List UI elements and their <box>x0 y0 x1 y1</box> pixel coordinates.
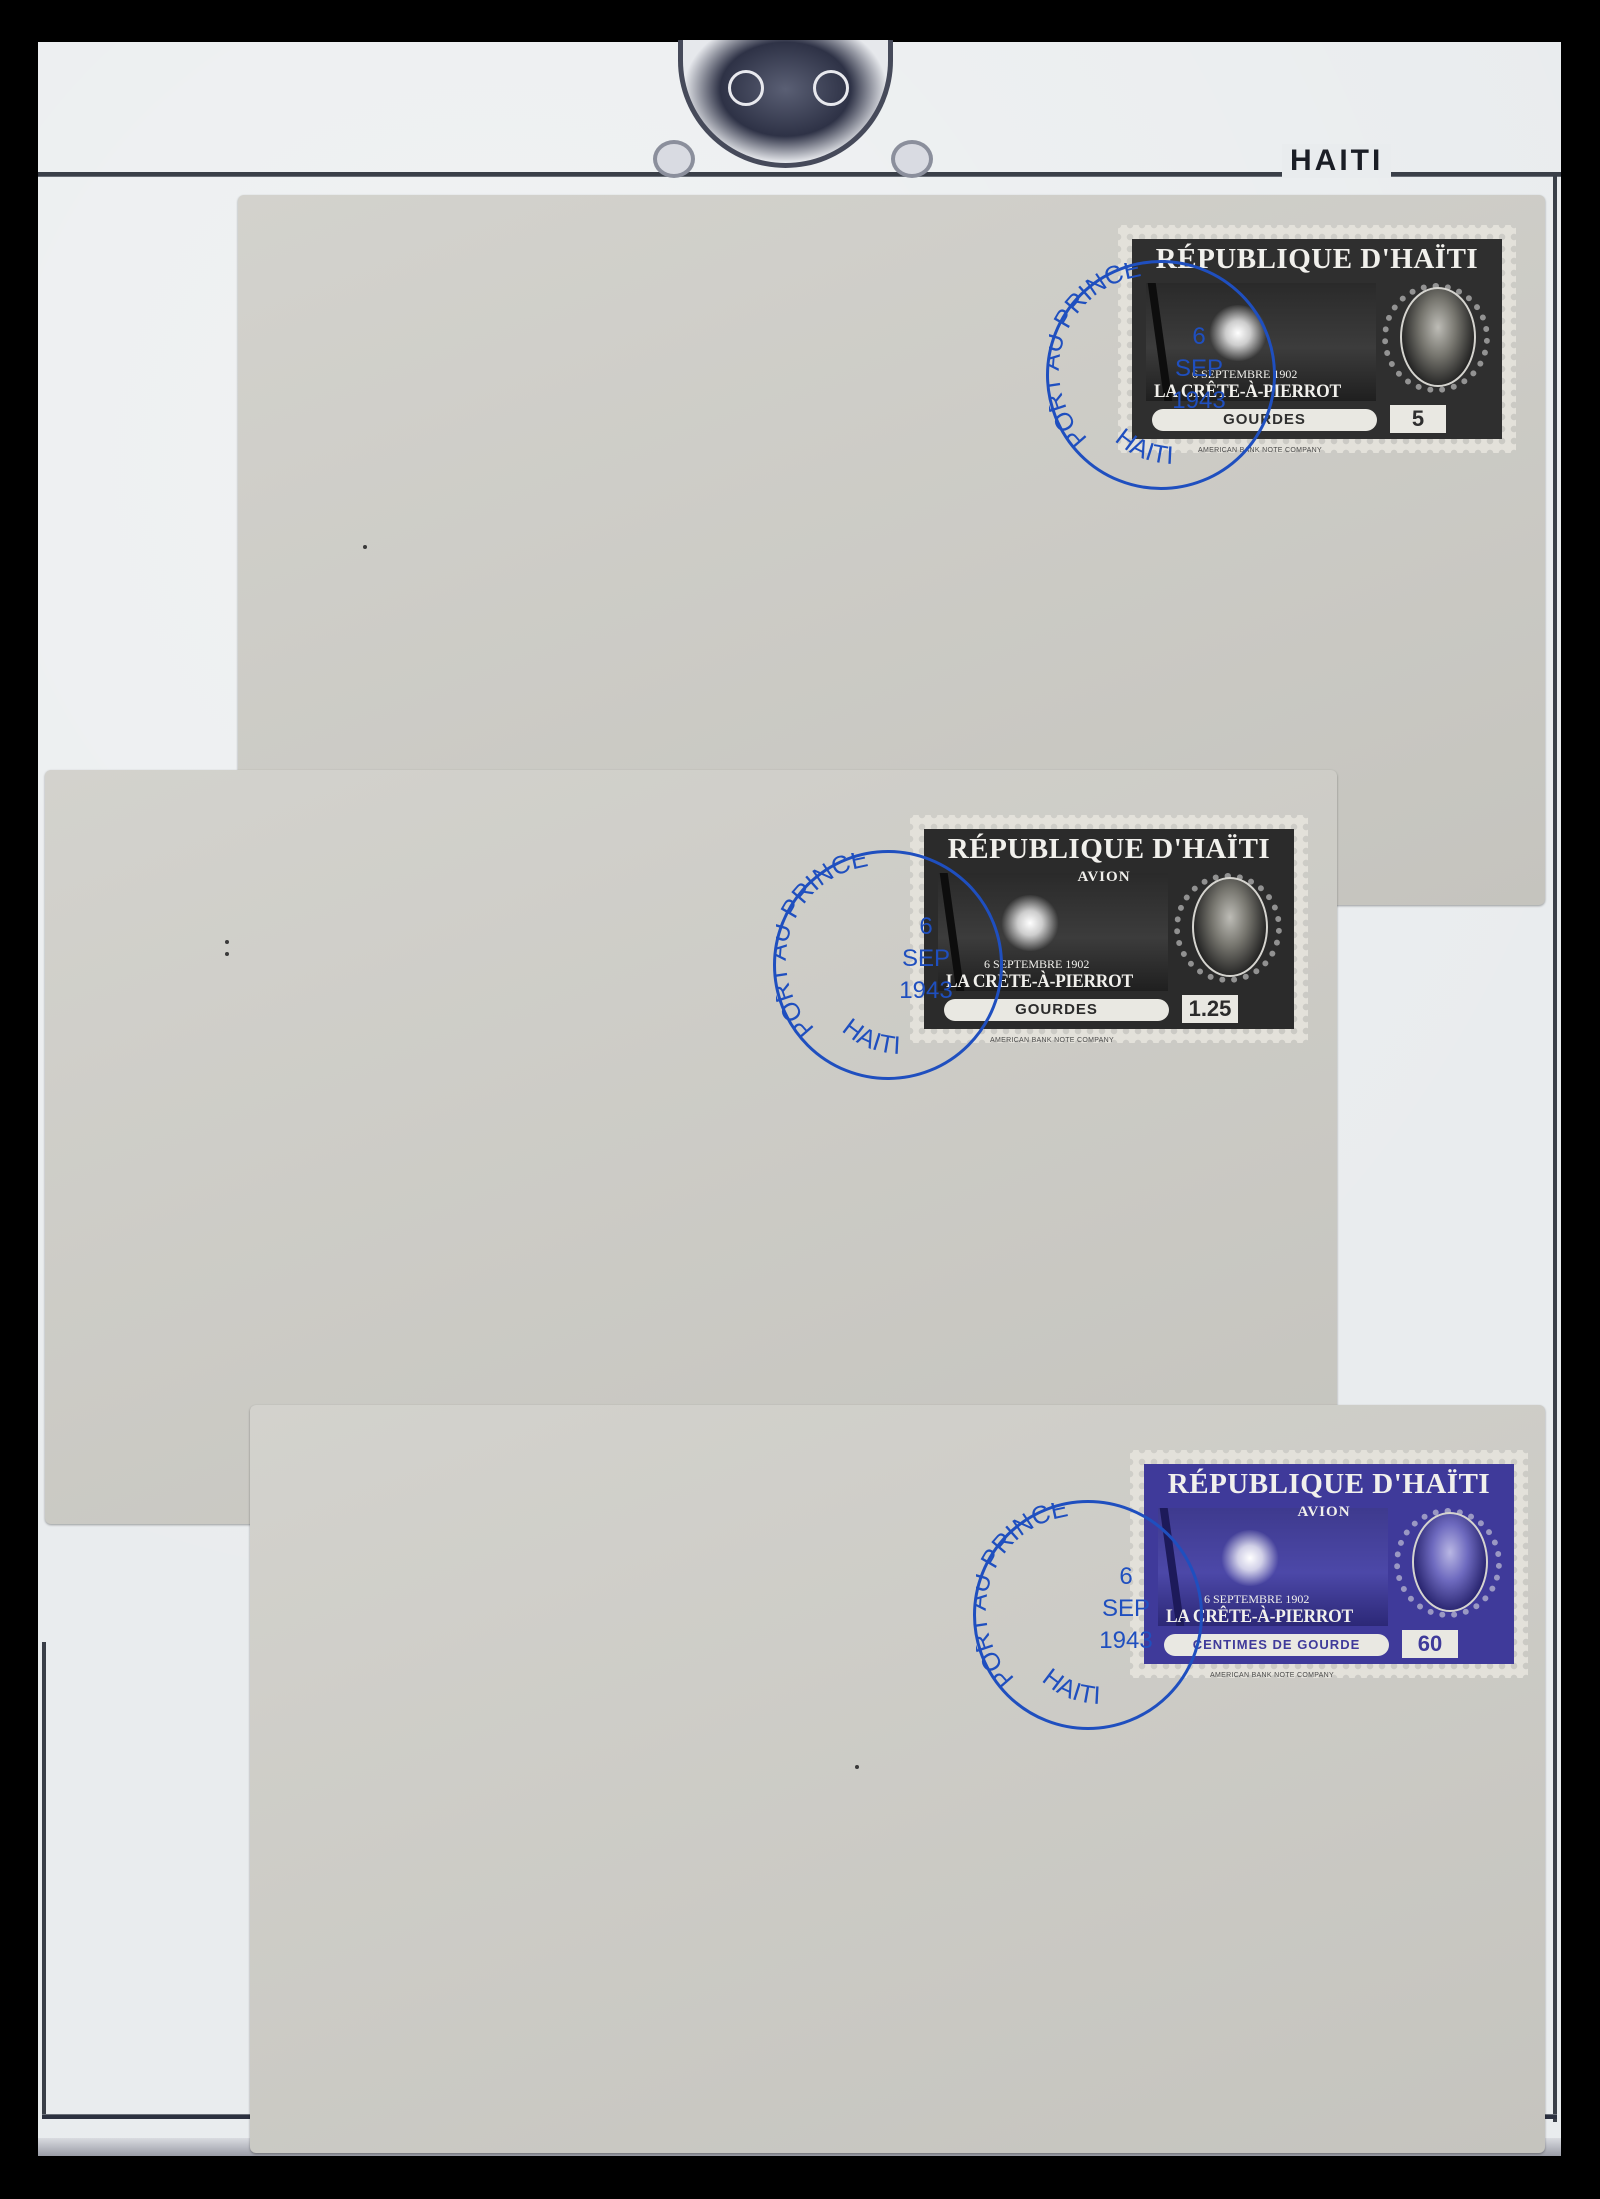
coat-of-arms-emblem-icon <box>678 40 893 168</box>
postmark-year: 1943 <box>1096 1627 1156 1655</box>
stamp-subtitle: AVION <box>1234 1504 1414 1521</box>
scroll-ornament-icon <box>891 140 933 178</box>
postmark-year: 1943 <box>1169 387 1229 415</box>
postmark-ring-text: PORT AU PRINCE HAITI <box>1049 263 1273 487</box>
svg-text:HAITI: HAITI <box>1110 423 1174 470</box>
svg-text:HAITI: HAITI <box>837 1013 901 1060</box>
portrait-medallion <box>1192 877 1268 977</box>
postmark-3: PORT AU PRINCE HAITI 6 SEP 1943 <box>973 1500 1203 1730</box>
svg-text:PORT AU PRINCE: PORT AU PRINCE <box>976 1503 1070 1693</box>
svg-text:PORT AU PRINCE: PORT AU PRINCE <box>776 853 870 1043</box>
postmark-day: 6 <box>1096 1563 1156 1591</box>
scroll-ornament-icon <box>653 140 695 178</box>
postmark-2: PORT AU PRINCE HAITI 6 SEP 1943 <box>773 850 1003 1080</box>
paper-speck <box>855 1765 859 1769</box>
postmark-month: SEP <box>1096 1595 1156 1623</box>
portrait-medallion <box>1412 1512 1488 1612</box>
stamp-printer: AMERICAN BANK NOTE COMPANY <box>1210 1672 1334 1679</box>
stamp-date-line: 6 SEPTEMBRE 1902 <box>1204 1592 1309 1607</box>
postmark-month: SEP <box>1169 355 1229 383</box>
stamp-title: RÉPUBLIQUE D'HAÏTI <box>1144 1468 1514 1501</box>
paper-speck <box>363 545 367 549</box>
postmark-day: 6 <box>896 913 956 941</box>
svg-text:PORT AU PRINCE: PORT AU PRINCE <box>1049 263 1143 453</box>
explosion-icon <box>1000 895 1060 951</box>
paper-speck <box>225 940 229 944</box>
country-label: HAITI <box>1282 144 1391 178</box>
stamp-printer: AMERICAN BANK NOTE COMPANY <box>990 1037 1114 1044</box>
postmark-ring-text: PORT AU PRINCE HAITI <box>776 853 1000 1077</box>
postmark-1: PORT AU PRINCE HAITI 6 SEP 1943 <box>1046 260 1276 490</box>
album-page: HAITI RÉPUBLIQUE D'HAÏTI 6 SEPTEMBRE 190… <box>38 42 1561 2156</box>
stamp-subtitle: AVION <box>1014 869 1194 886</box>
stamp-value: 5 <box>1390 405 1446 433</box>
portrait-medallion <box>1400 287 1476 387</box>
postmark-day: 6 <box>1169 323 1229 351</box>
postmark-ring-text: PORT AU PRINCE HAITI <box>976 1503 1200 1727</box>
stamp-value: 60 <box>1402 1630 1458 1658</box>
cannon-wheel-icon <box>813 70 849 106</box>
cannon-wheel-icon <box>728 70 764 106</box>
postmark-month: SEP <box>896 945 956 973</box>
svg-text:HAITI: HAITI <box>1037 1663 1101 1710</box>
paper-speck <box>225 952 229 956</box>
page-border-right <box>1553 172 1557 2122</box>
page-border-left <box>42 1642 46 2117</box>
stamp-value: 1.25 <box>1182 995 1238 1023</box>
postmark-year: 1943 <box>896 977 956 1005</box>
explosion-icon <box>1220 1530 1280 1586</box>
